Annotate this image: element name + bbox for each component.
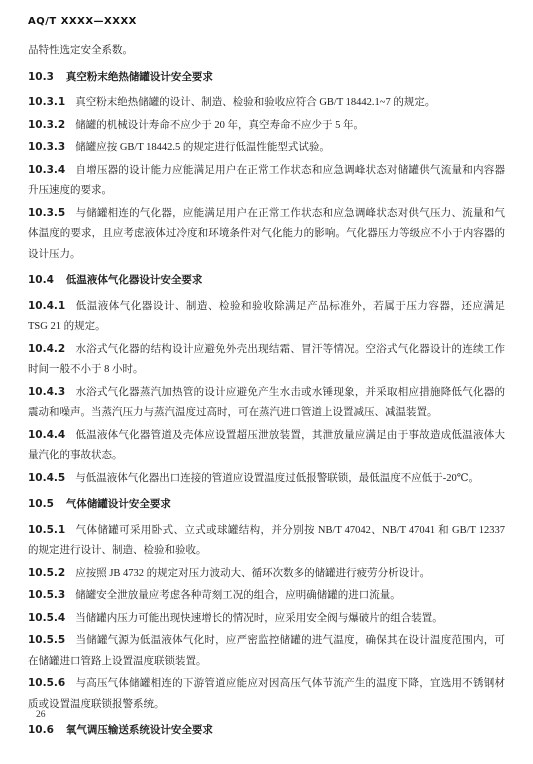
clause-paragraph: 10.5.2应按照 JB 4732 的规定对压力波动大、循环次数多的储罐进行疲劳… [28,563,505,585]
clause-paragraph: 10.3.1真空粉末绝热储罐的设计、制造、检验和验收应符合 GB/T 18442… [28,92,505,114]
clause-number: 10.5.6 [28,677,75,689]
clause-paragraph: 10.3.4自增压器的设计能力应能满足用户在正常工作状态和应急调峰状态对储罐供气… [28,160,505,202]
clause-paragraph: 10.3.5与储罐相连的气化器，应能满足用户在正常工作状态和应急调峰状态对供气压… [28,203,505,266]
clause-text: 水浴式气化器蒸汽加热管的设计应避免产生水击或水锤现象，并采取相应措施降低气化器的… [28,387,505,419]
section-heading: 10.5气体储罐设计安全要求 [28,494,505,515]
clause-text: 与低温液体气化器出口连接的管道应设置温度过低报警联锁，最低温度不应低于-20℃。 [75,473,479,484]
clause-number: 10.3 [28,71,66,83]
body-paragraph: 品特性选定安全系数。 [28,41,505,62]
page-number: 26 [36,710,46,720]
document-header: AQ/T XXXX—XXXX [28,16,505,27]
document-content: 品特性选定安全系数。 10.3真空粉末绝热储罐设计安全要求 10.3.1真空粉末… [28,41,505,741]
clause-paragraph: 10.4.5与低温液体气化器出口连接的管道应设置温度过低报警联锁，最低温度不应低… [28,468,505,490]
clause-text: 真空粉末绝热储罐设计安全要求 [66,71,213,83]
clause-number: 10.4.5 [28,472,75,484]
clause-text: 低温液体气化器管道及壳体应设置超压泄放装置，其泄放量应满足由于事故造成低温液体大… [28,430,505,462]
clause-text: 应按照 JB 4732 的规定对压力波动大、循环次数多的储罐进行疲劳分析设计。 [75,568,430,579]
clause-number: 10.4 [28,274,66,286]
clause-number: 10.5.2 [28,567,75,579]
clause-number: 10.3.5 [28,207,75,219]
clause-text: 与储罐相连的气化器，应能满足用户在正常工作状态和应急调峰状态对供气压力、流量和气… [28,208,505,260]
clause-paragraph: 10.3.2储罐的机械设计寿命不应少于 20 年，真空寿命不应少于 5 年。 [28,115,505,137]
clause-text: 储罐的机械设计寿命不应少于 20 年，真空寿命不应少于 5 年。 [75,120,364,131]
clause-text: 气体储罐可采用卧式、立式或球罐结构，并分别按 NB/T 47042、NB/T 4… [28,525,505,557]
clause-number: 10.3.2 [28,119,75,131]
clause-number: 10.5.4 [28,612,75,624]
clause-number: 10.4.4 [28,429,75,441]
clause-number: 10.3.4 [28,164,75,176]
clause-paragraph: 10.5.5当储罐气源为低温液体气化时，应严密监控储罐的进气温度，确保其在设计温… [28,630,505,672]
clause-paragraph: 10.4.1低温液体气化器设计、制造、检验和验收除满足产品标准外，若属于压力容器… [28,296,505,338]
clause-number: 10.5.5 [28,634,75,646]
clause-text: 低温液体气化器设计、制造、检验和验收除满足产品标准外，若属于压力容器，还应满足 … [28,301,505,333]
clause-number: 10.6 [28,724,66,736]
clause-text: 自增压器的设计能力应能满足用户在正常工作状态和应急调峰状态对储罐供气流量和内容器… [28,165,505,197]
clause-number: 10.4.1 [28,300,75,312]
clause-text: 品特性选定安全系数。 [28,45,133,56]
clause-paragraph: 10.4.3水浴式气化器蒸汽加热管的设计应避免产生水击或水锤现象，并采取相应措施… [28,382,505,424]
section-heading: 10.3真空粉末绝热储罐设计安全要求 [28,67,505,88]
clause-number: 10.5 [28,498,66,510]
clause-paragraph: 10.5.1气体储罐可采用卧式、立式或球罐结构，并分别按 NB/T 47042、… [28,520,505,562]
clause-number: 10.4.2 [28,343,75,355]
clause-paragraph: 10.4.2水浴式气化器的结构设计应避免外壳出现结霜、冒汗等情况。空浴式气化器设… [28,339,505,381]
clause-paragraph: 10.5.6与高压气体储罐相连的下游管道应能应对因高压气体节流产生的温度下降，宜… [28,673,505,715]
clause-text: 水浴式气化器的结构设计应避免外壳出现结霜、冒汗等情况。空浴式气化器设计的连续工作… [28,344,505,376]
section-heading: 10.6氧气调压输送系统设计安全要求 [28,720,505,741]
section-heading: 10.4低温液体气化器设计安全要求 [28,270,505,291]
document-page: AQ/T XXXX—XXXX 品特性选定安全系数。 10.3真空粉末绝热储罐设计… [0,0,533,764]
clause-text: 低温液体气化器设计安全要求 [66,274,203,286]
clause-number: 10.5.3 [28,589,75,601]
clause-number: 10.3.3 [28,141,75,153]
clause-text: 储罐应按 GB/T 18442.5 的规定进行低温性能型式试验。 [75,142,330,153]
clause-text: 氧气调压输送系统设计安全要求 [66,724,213,736]
clause-text: 当储罐气源为低温液体气化时，应严密监控储罐的进气温度，确保其在设计温度范围内，可… [28,635,505,667]
clause-number: 10.3.1 [28,96,75,108]
clause-text: 与高压气体储罐相连的下游管道应能应对因高压气体节流产生的温度下降，宜选用不锈钢材… [28,678,505,710]
clause-text: 真空粉末绝热储罐的设计、制造、检验和验收应符合 GB/T 18442.1~7 的… [75,97,435,108]
clause-paragraph: 10.4.4低温液体气化器管道及壳体应设置超压泄放装置，其泄放量应满足由于事故造… [28,425,505,467]
clause-text: 气体储罐设计安全要求 [66,498,171,510]
clause-number: 10.5.1 [28,524,75,536]
clause-paragraph: 10.5.4当储罐内压力可能出现快速增长的情况时，应采用安全阀与爆破片的组合装置… [28,608,505,630]
clause-text: 储罐安全泄放量应考虑各种苛刻工况的组合，应明确储罐的进口流量。 [75,590,401,601]
clause-paragraph: 10.3.3储罐应按 GB/T 18442.5 的规定进行低温性能型式试验。 [28,137,505,159]
clause-number: 10.4.3 [28,386,75,398]
clause-text: 当储罐内压力可能出现快速增长的情况时，应采用安全阀与爆破片的组合装置。 [75,613,443,624]
clause-paragraph: 10.5.3储罐安全泄放量应考虑各种苛刻工况的组合，应明确储罐的进口流量。 [28,585,505,607]
